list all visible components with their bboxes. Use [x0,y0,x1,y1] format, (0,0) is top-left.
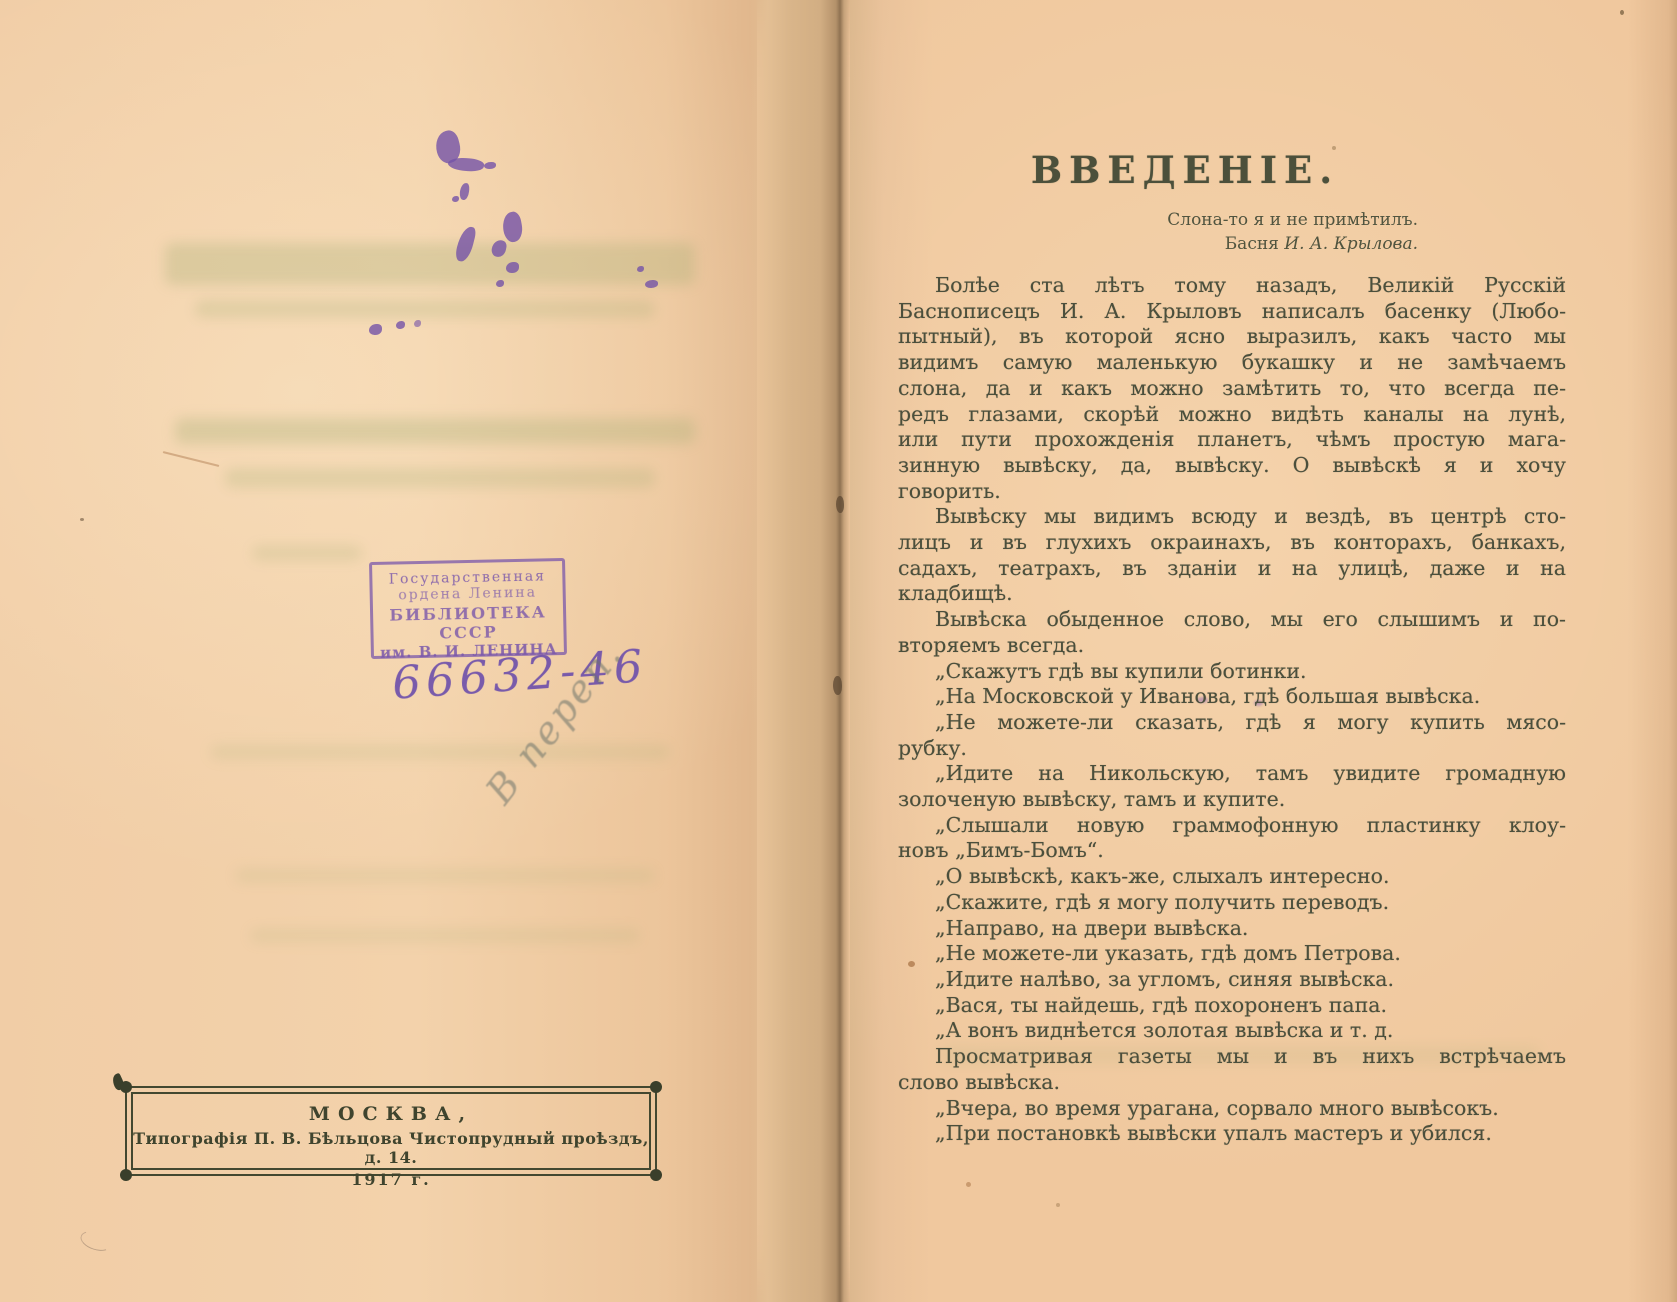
text-line: „Идите на Никольскую, тамъ увидите грома… [898,761,1566,787]
book-gutter [750,0,850,1302]
foxing-speck [1332,146,1336,150]
show-through-band [225,468,655,488]
text-line: „На Московской у Иванова, гдѣ большая вы… [898,684,1566,710]
text-line: редъ глазами, скорѣй можно видѣть каналы… [898,402,1566,428]
stamp-line: БИБЛИОТЕКА СССР [373,602,564,644]
text-line: говорить. [898,479,1566,505]
text-line: „Направо, на двери вывѣска. [898,916,1566,942]
text-column: ВВЕДЕНІЕ. Слона-то я и не примѣтилъ. Бас… [898,148,1566,1147]
text-line: „Слышали новую граммофонную пластинку кл… [898,813,1566,839]
text-line: зинную вывѣску, да, вывѣску. О вывѣскѣ я… [898,453,1566,479]
show-through-band [195,300,655,318]
binding-stitch [836,496,844,513]
text-line: „Скажутъ гдѣ вы купили ботинки. [898,659,1566,685]
show-through-band [165,243,695,285]
imprint-year: 1917 г. [133,1170,649,1189]
epigraph-fable-word: Басня [1225,234,1285,254]
text-line: „А вонъ виднѣется золотая вывѣска и т. д… [898,1018,1566,1044]
text-line: „О вывѣскѣ, какъ-же, слыхалъ интересно. [898,864,1566,890]
ink-blot [645,280,658,288]
body-text: Болѣе ста лѣтъ тому назадъ, Великій Русс… [898,273,1566,1147]
imprint-city: МОСКВА, [133,1103,649,1125]
text-line: лицъ и въ глухихъ окраинахъ, въ конторах… [898,530,1566,556]
text-line: пытный), въ которой ясно выразилъ, какъ … [898,324,1566,350]
imprint-inner-frame: МОСКВА, Типографія П. В. Бѣльцова Чистоп… [131,1092,651,1170]
foxing-speck [1620,10,1624,15]
binding-stitch [833,676,842,695]
text-line: видимъ самую маленькую букашку и не замѣ… [898,350,1566,376]
text-line: садахъ, театрахъ, въ зданіи и на улицѣ, … [898,556,1566,582]
ink-blot [369,324,382,335]
show-through-band [252,545,362,561]
epigraph: Слона-то я и не примѣтилъ. Басня И. А. К… [898,208,1566,256]
left-page: Государственная ордена Ленина БИБЛИОТЕКА… [0,0,757,1302]
text-line: или пути прохожденія планетъ, чѣмъ прост… [898,427,1566,453]
imprint-printer: Типографія П. В. Бѣльцова Чистопрудный п… [133,1129,649,1167]
ink-blot [452,196,459,202]
text-line: „Вася, ты найдешь, гдѣ похороненъ папа. [898,993,1566,1019]
pencil-scribble [78,1227,114,1254]
ink-blot [484,162,496,169]
epigraph-line: Слона-то я и не примѣтилъ. [898,208,1418,232]
imprint-box: МОСКВА, Типографія П. В. Бѣльцова Чистоп… [125,1086,657,1176]
show-through-band [210,744,670,760]
text-line: слово вывѣска. [898,1070,1566,1096]
show-through-band [235,868,655,883]
ink-blot [414,320,421,327]
text-line: новъ „Бимъ-Бомъ“. [898,838,1566,864]
text-line: вторяемъ всегда. [898,633,1566,659]
text-line: рубку. [898,736,1566,762]
text-line: Просматривая газеты мы и въ нихъ встрѣча… [898,1044,1566,1070]
ink-blot [496,280,504,287]
corner-dot [120,1169,132,1181]
text-line: „Не можете-ли указать, гдѣ домъ Петрова. [898,941,1566,967]
show-through-band [250,928,640,943]
text-line: „Вчера, во время урагана, сорвало много … [898,1096,1566,1122]
paper-scratch [163,451,220,467]
text-line: золоченую вывѣску, тамъ и купите. [898,787,1566,813]
epigraph-author: И. А. Крылова. [1284,234,1418,254]
epigraph-line: Басня И. А. Крылова. [898,232,1418,256]
text-line: „Идите налѣво, за угломъ, синяя вывѣска. [898,967,1566,993]
ink-blot [396,321,405,329]
text-line: Вывѣску мы видимъ всюду и вездѣ, въ цент… [898,504,1566,530]
library-stamp: Государственная ордена Ленина БИБЛИОТЕКА… [369,558,567,659]
ink-blot [501,211,525,244]
corner-dot [650,1081,662,1093]
foxing-speck [1056,1203,1060,1207]
ink-blot [447,156,484,173]
text-line: Баснописецъ И. А. Крыловъ написалъ басен… [898,299,1566,325]
ink-blot [459,183,470,201]
text-line: Болѣе ста лѣтъ тому назадъ, Великій Русс… [898,273,1566,299]
book-scan: Государственная ордена Ленина БИБЛИОТЕКА… [0,0,1677,1302]
stamp-line: ордена Ленина [373,584,563,604]
foxing-speck [908,961,915,967]
foxing-speck [966,1182,971,1187]
foxing-speck [80,518,84,521]
text-line: слона, да и какъ можно замѣтить то, что … [898,376,1566,402]
text-line: кладбищѣ. [898,581,1566,607]
show-through-band [175,418,695,444]
text-line: Вывѣска обыденное слово, мы его слышимъ … [898,607,1566,633]
text-line: „Не можете-ли сказать, гдѣ я могу купить… [898,710,1566,736]
text-line: „Скажите, гдѣ я могу получить переводъ. [898,890,1566,916]
ink-blot [637,266,644,272]
chapter-title: ВВЕДЕНІЕ. [851,148,1519,192]
corner-dot [650,1169,662,1181]
text-line: „При постановкѣ вывѣски упалъ мастеръ и … [898,1121,1566,1147]
